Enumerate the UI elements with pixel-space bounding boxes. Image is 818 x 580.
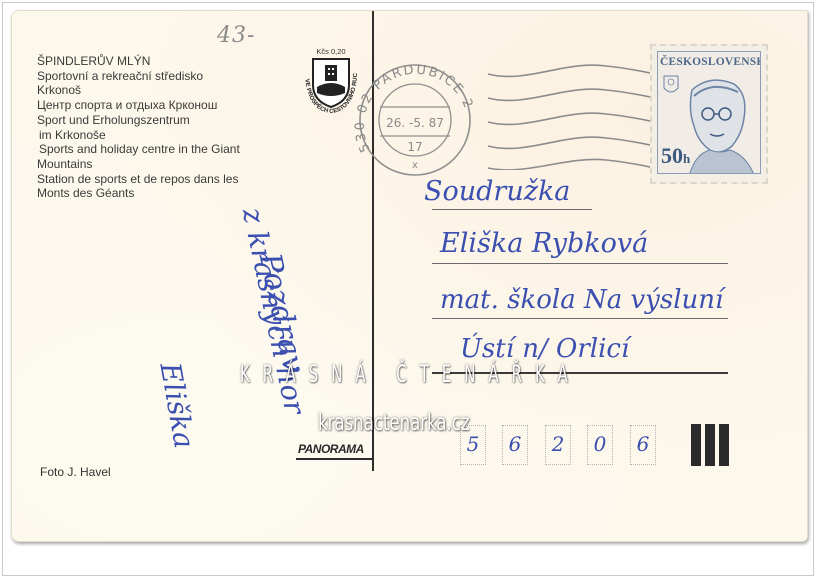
- photo-credit: Foto J. Havel: [40, 465, 111, 479]
- caption-line: Station de sports et de repos dans les: [37, 172, 287, 187]
- address-salutation: Soudružka: [424, 176, 570, 207]
- caption-line: Sports and holiday centre in the Giant: [37, 142, 287, 157]
- coat-of-arms-icon: [664, 76, 678, 92]
- watermark-url[interactable]: krasnactenarka.cz: [318, 410, 470, 436]
- stamp-value: 50h: [661, 143, 690, 169]
- caption-line: Krkonoš: [37, 83, 287, 98]
- caption-line: Центр спорта и отдыха Крконош: [37, 98, 287, 113]
- postcode-box: 6: [502, 425, 528, 465]
- postmark: 530 02 PARDUBICE 2 26. -5. 87 17 x: [350, 50, 480, 180]
- postcode-box: 2: [545, 425, 571, 465]
- postcard-caption: ŠPINDLERŮV MLÝN Sportovní a rekreační st…: [37, 54, 287, 201]
- address-line-1: [432, 209, 592, 210]
- caption-title: ŠPINDLERŮV MLÝN: [37, 54, 287, 69]
- caption-line: Sport und Erholungszentrum: [37, 113, 287, 128]
- postmark-hour: 17: [407, 140, 422, 154]
- publisher-logo: PANORAMA: [298, 442, 364, 456]
- caption-line: Monts des Géants: [37, 186, 287, 201]
- watermark-title: KRÁSNÁ ČTENÁŘKA: [240, 360, 581, 388]
- handwritten-reference-number: 43-: [217, 23, 255, 48]
- postmark-date: 26. -5. 87: [386, 116, 444, 130]
- postcode-box: 0: [587, 425, 613, 465]
- postcode-box: 6: [630, 425, 656, 465]
- postal-code-bars: [691, 424, 731, 466]
- postmark-mark: x: [412, 160, 418, 171]
- address-line-2: [432, 263, 728, 264]
- charity-value: Kčs 0,20: [316, 47, 345, 56]
- address-street: mat. škola Na výsluní: [440, 285, 723, 315]
- postage-stamp: ČESKOSLOVENSKO 50h: [650, 44, 768, 184]
- caption-line: im Krkonoše: [37, 128, 287, 143]
- caption-line: Mountains: [37, 157, 287, 172]
- divider-foot: [296, 458, 374, 460]
- address-line-3: [432, 318, 728, 319]
- caption-line: Sportovní a rekreační středisko: [37, 69, 287, 84]
- address-name: Eliška Rybková: [440, 228, 648, 259]
- cancellation-wavy-lines: [486, 60, 656, 170]
- stamp-country: ČESKOSLOVENSKO: [660, 56, 761, 68]
